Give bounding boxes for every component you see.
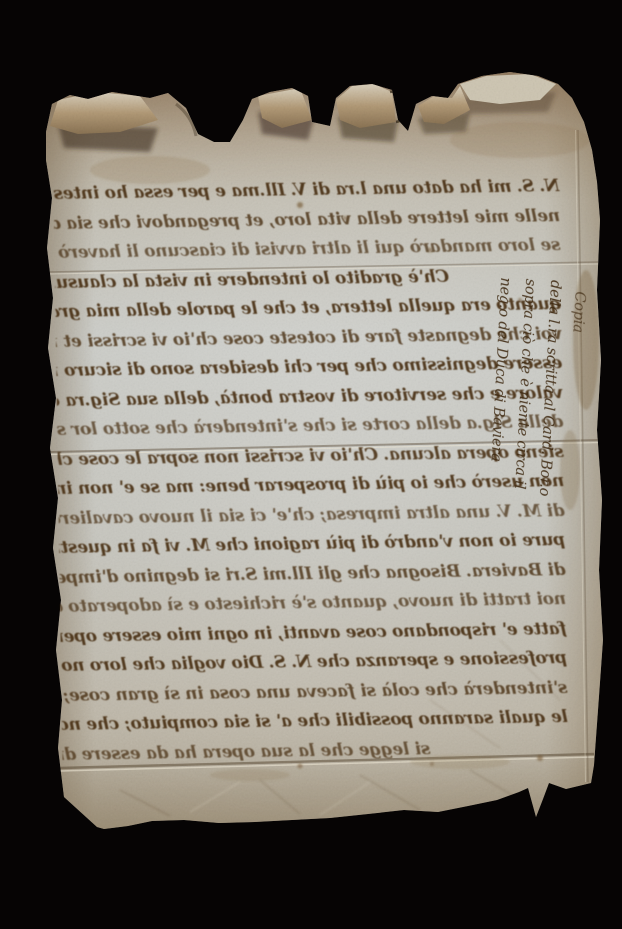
photo-scene: N. S. mi ha dato una l.ra di V. Ill.ma e… [0,0,622,929]
annotation-vertical-text: Copia della l.ra scritta al Card. Bor.o … [480,277,592,520]
